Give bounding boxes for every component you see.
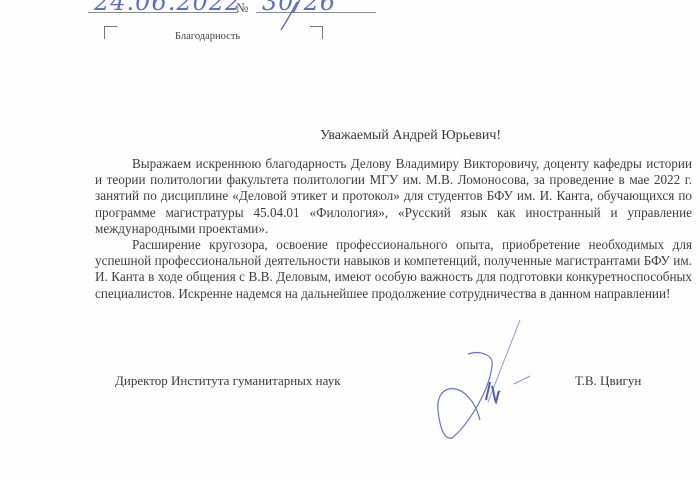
paragraph-text: Расширение кругозора, освоение профессио… [95,237,692,302]
salutation: Уважаемый Андрей Юрьевич! [320,128,501,144]
letter-page: 24.06.2022 № 30/26 Благодарность Уважаем… [0,0,700,480]
subject-label: Благодарность [175,31,240,42]
signatory-name: Т.В. Цвигун [575,373,641,389]
handwritten-signature [420,320,580,480]
subject-corner-right [310,26,323,39]
subject-corner-left [104,26,117,39]
handwritten-date: 24.06.2022 [94,0,241,14]
number-sign: № [236,0,248,16]
paragraph-text: Выражаем искреннюю благодарность Делову … [95,156,692,237]
handwritten-slash-stroke [275,0,305,32]
body-paragraph-1: Выражаем искреннюю благодарность Делову … [95,156,692,237]
signatory-position: Директор Института гуманитарных наук [115,373,341,389]
body-paragraph-2: Расширение кругозора, освоение профессио… [95,237,692,302]
